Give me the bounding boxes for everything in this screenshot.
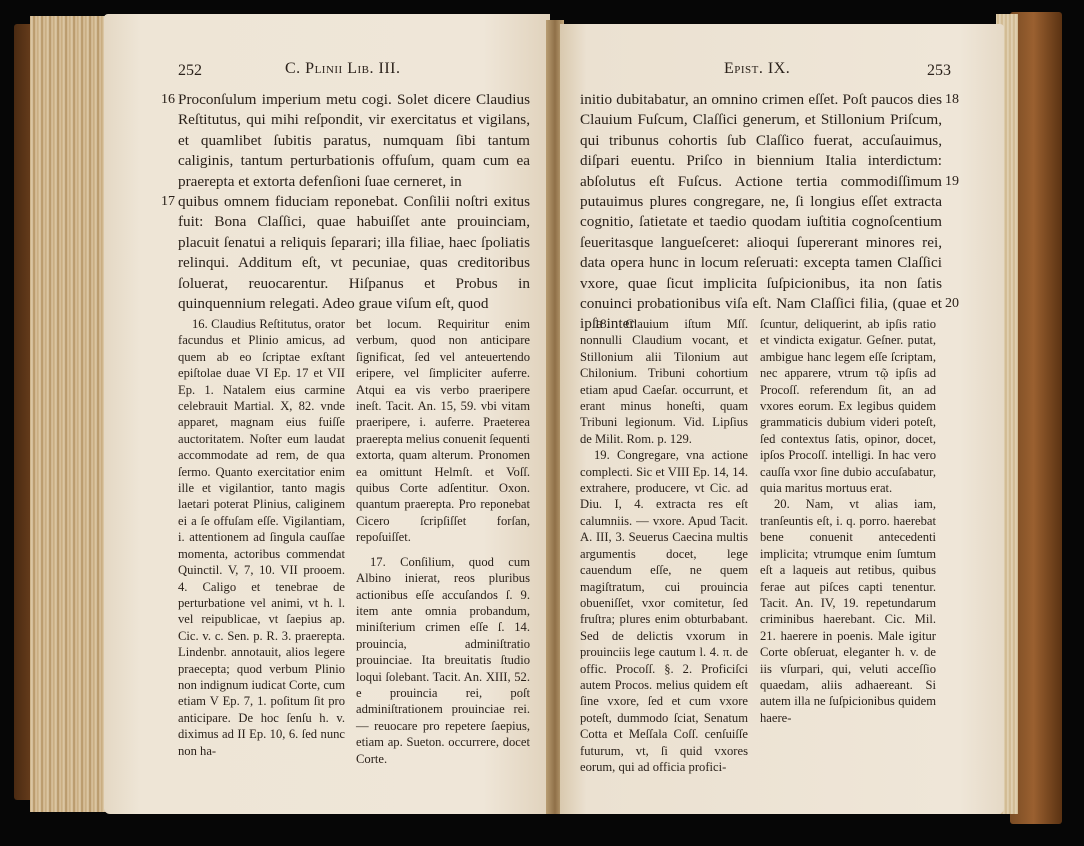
footnote: ſcuntur, deliquerint, ab ipſis ratio et … [760, 316, 936, 496]
left-page-number: 252 [178, 62, 202, 80]
right-main-text: initio dubitabatur, an omnino crimen eſſ… [580, 90, 942, 335]
footnote-column: 18. Clauium iſtum Mſſ. nonnulli Claudium… [580, 316, 748, 775]
main-paragraph: Proconſulum imperium metu cogi. Solet di… [178, 90, 530, 192]
footnote: 19. Congregare, vna actione complecti. S… [580, 447, 748, 775]
right-page-number: 253 [927, 62, 951, 80]
main-paragraph: quibus omnem fiduciam reponebat. Conſili… [178, 192, 530, 314]
right-running-head: Epist. IX. [724, 60, 790, 78]
left-main-text: Proconſulum imperium metu cogi. Solet di… [178, 90, 530, 314]
footnote-column: bet locum. Requiritur enim verbum, quod … [356, 316, 530, 767]
footnote: 17. Conſilium, quod cum Albino inierat, … [356, 554, 530, 767]
margin-number: 16 [161, 92, 175, 108]
page-edges-left [30, 16, 108, 812]
margin-number: 17 [161, 194, 175, 210]
footnote-column: 16. Claudius Reſtitutus, orator facundus… [178, 316, 345, 759]
footnote-column: ſcuntur, deliquerint, ab ipſis ratio et … [760, 316, 936, 726]
margin-number: 19 [945, 174, 959, 190]
footnote: 18. Clauium iſtum Mſſ. nonnulli Claudium… [580, 316, 748, 447]
left-running-head: C. Plinii Lib. III. [285, 60, 400, 78]
footnote: 20. Nam, vt alias iam, tranſeuntis eſt, … [760, 496, 936, 726]
margin-number: 18 [945, 92, 959, 108]
margin-number: 20 [945, 296, 959, 312]
footnote: bet locum. Requiritur enim verbum, quod … [356, 316, 530, 546]
